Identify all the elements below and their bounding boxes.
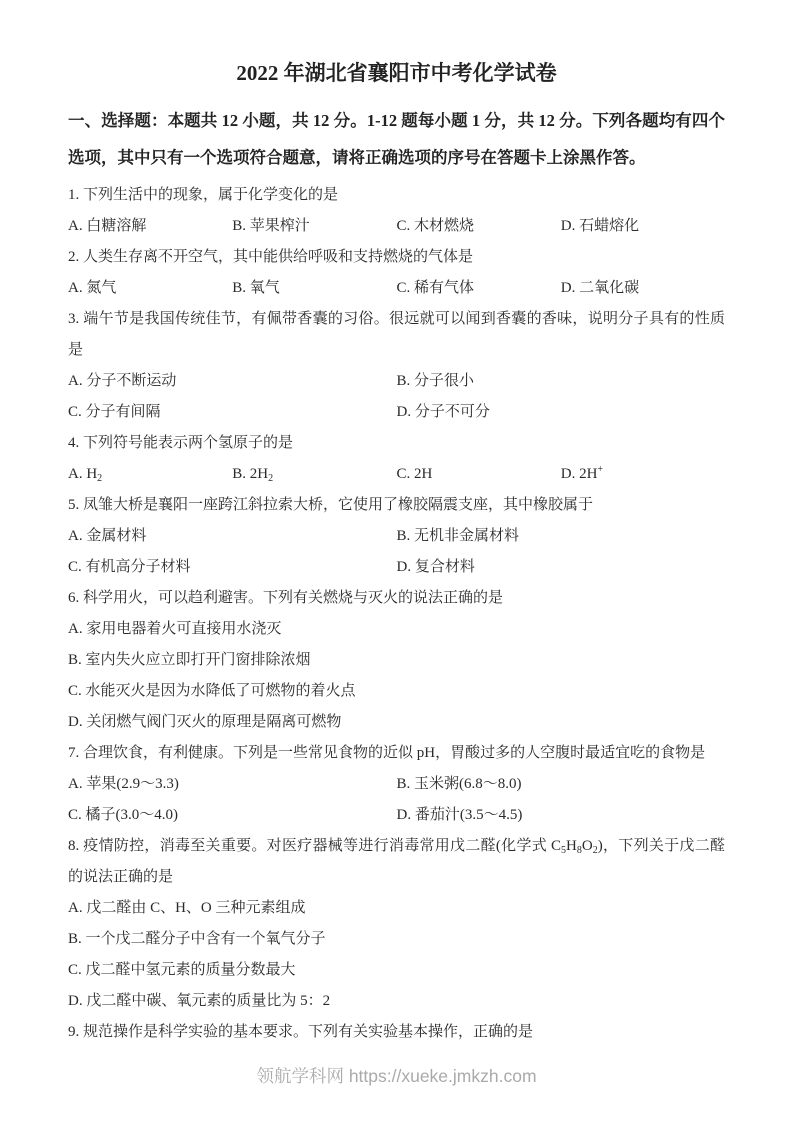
option-a: A. H2	[68, 459, 232, 490]
option-a: A. 家用电器着火可直接用水浇灭	[68, 614, 725, 645]
option-b: B. 无机非金属材料	[397, 521, 726, 552]
option-c: C. 木材燃烧	[397, 211, 561, 242]
question-options: A. 苹果(2.9～3.3) B. 玉米粥(6.8～8.0) C. 橘子(3.0…	[68, 769, 725, 831]
option-b: B. 2H2	[232, 459, 396, 490]
question-options: A. 家用电器着火可直接用水浇灭 B. 室内失火应立即打开门窗排除浓烟 C. 水…	[68, 614, 725, 738]
option-b: B. 一个戊二醛分子中含有一个氧气分子	[68, 924, 725, 955]
option-a: A. 白糖溶解	[68, 211, 232, 242]
option-d: D. 分子不可分	[397, 397, 726, 428]
option-c: C. 橘子(3.0～4.0)	[68, 800, 397, 831]
question-options: A. 白糖溶解 B. 苹果榨汁 C. 木材燃烧 D. 石蜡熔化	[68, 211, 725, 242]
option-a: A. 金属材料	[68, 521, 397, 552]
question-stem: 7. 合理饮食，有利健康。下列是一些常见食物的近似 pH，胃酸过多的人空腹时最适…	[68, 738, 725, 769]
question-stem: 6. 科学用火，可以趋利避害。下列有关燃烧与灭火的说法正确的是	[68, 583, 725, 614]
option-a: A. 苹果(2.9～3.3)	[68, 769, 397, 800]
option-b: B. 氧气	[232, 273, 396, 304]
question-2: 2. 人类生存离不开空气，其中能供给呼吸和支持燃烧的气体是 A. 氮气 B. 氧…	[68, 242, 725, 304]
question-9: 9. 规范操作是科学实验的基本要求。下列有关实验基本操作，正确的是	[68, 1017, 725, 1048]
option-c: C. 戊二醛中氢元素的质量分数最大	[68, 955, 725, 986]
option-c: C. 有机高分子材料	[68, 552, 397, 583]
question-stem: 1. 下列生活中的现象，属于化学变化的是	[68, 180, 725, 211]
option-d: D. 番茄汁(3.5～4.5)	[397, 800, 726, 831]
option-d: D. 石蜡熔化	[561, 211, 725, 242]
option-d: D. 关闭燃气阀门灭火的原理是隔离可燃物	[68, 707, 725, 738]
option-d: D. 2H+	[561, 459, 725, 490]
question-options: A. H2 B. 2H2 C. 2H D. 2H+	[68, 459, 725, 490]
option-a: A. 氮气	[68, 273, 232, 304]
question-stem: 3. 端午节是我国传统佳节，有佩带香囊的习俗。很远就可以闻到香囊的香味，说明分子…	[68, 304, 725, 366]
question-options: A. 金属材料 B. 无机非金属材料 C. 有机高分子材料 D. 复合材料	[68, 521, 725, 583]
option-c: C. 2H	[397, 459, 561, 490]
option-b: B. 苹果榨汁	[232, 211, 396, 242]
exam-page: 2022 年湖北省襄阳市中考化学试卷 一、选择题：本题共 12 小题，共 12 …	[0, 0, 793, 1122]
question-6: 6. 科学用火，可以趋利避害。下列有关燃烧与灭火的说法正确的是 A. 家用电器着…	[68, 583, 725, 738]
question-stem: 2. 人类生存离不开空气，其中能供给呼吸和支持燃烧的气体是	[68, 242, 725, 273]
footer-watermark: 领航学科网 https://xueke.jmkzh.com	[0, 1064, 793, 1088]
question-8: 8. 疫情防控，消毒至关重要。对医疗器械等进行消毒常用戊二醛(化学式 C5H8O…	[68, 831, 725, 1017]
option-b: B. 分子很小	[397, 366, 726, 397]
question-stem: 5. 凤雏大桥是襄阳一座跨江斜拉索大桥，它使用了橡胶隔震支座，其中橡胶属于	[68, 490, 725, 521]
question-options: A. 氮气 B. 氧气 C. 稀有气体 D. 二氧化碳	[68, 273, 725, 304]
question-3: 3. 端午节是我国传统佳节，有佩带香囊的习俗。很远就可以闻到香囊的香味，说明分子…	[68, 304, 725, 428]
option-a: A. 戊二醛由 C、H、O 三种元素组成	[68, 893, 725, 924]
option-b: B. 玉米粥(6.8～8.0)	[397, 769, 726, 800]
option-c: C. 水能灭火是因为水降低了可燃物的着火点	[68, 676, 725, 707]
option-a: A. 分子不断运动	[68, 366, 397, 397]
option-c: C. 稀有气体	[397, 273, 561, 304]
option-d: D. 戊二醛中碳、氧元素的质量比为 5：2	[68, 986, 725, 1017]
question-1: 1. 下列生活中的现象，属于化学变化的是 A. 白糖溶解 B. 苹果榨汁 C. …	[68, 180, 725, 242]
option-b: B. 室内失火应立即打开门窗排除浓烟	[68, 645, 725, 676]
option-c: C. 分子有间隔	[68, 397, 397, 428]
section-intro: 一、选择题：本题共 12 小题，共 12 分。1-12 题每小题 1 分，共 1…	[68, 102, 725, 176]
question-4: 4. 下列符号能表示两个氢原子的是 A. H2 B. 2H2 C. 2H D. …	[68, 428, 725, 490]
question-options: A. 戊二醛由 C、H、O 三种元素组成 B. 一个戊二醛分子中含有一个氧气分子…	[68, 893, 725, 1017]
question-7: 7. 合理饮食，有利健康。下列是一些常见食物的近似 pH，胃酸过多的人空腹时最适…	[68, 738, 725, 831]
question-5: 5. 凤雏大桥是襄阳一座跨江斜拉索大桥，它使用了橡胶隔震支座，其中橡胶属于 A.…	[68, 490, 725, 583]
question-stem: 8. 疫情防控，消毒至关重要。对医疗器械等进行消毒常用戊二醛(化学式 C5H8O…	[68, 831, 725, 893]
question-stem: 4. 下列符号能表示两个氢原子的是	[68, 428, 725, 459]
question-stem: 9. 规范操作是科学实验的基本要求。下列有关实验基本操作，正确的是	[68, 1017, 725, 1048]
question-options: A. 分子不断运动 B. 分子很小 C. 分子有间隔 D. 分子不可分	[68, 366, 725, 428]
option-d: D. 二氧化碳	[561, 273, 725, 304]
page-title: 2022 年湖北省襄阳市中考化学试卷	[68, 58, 725, 88]
option-d: D. 复合材料	[397, 552, 726, 583]
